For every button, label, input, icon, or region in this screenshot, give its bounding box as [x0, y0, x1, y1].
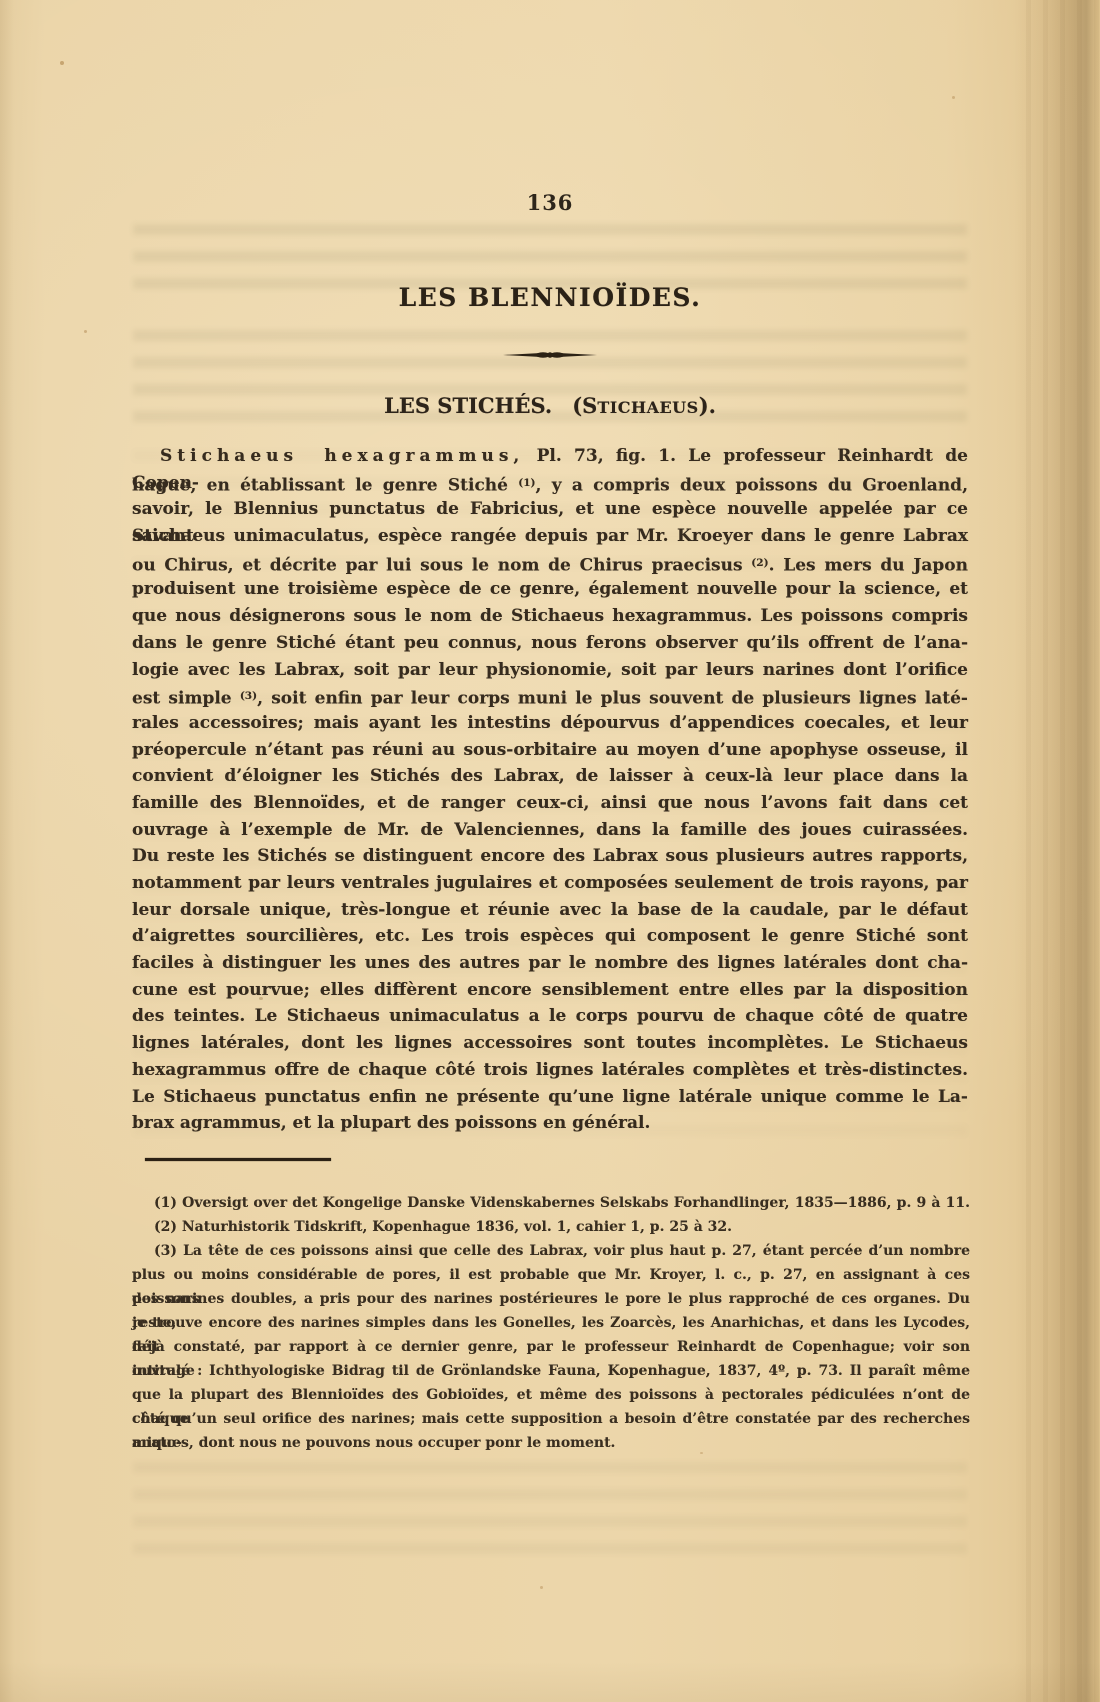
paper-speck	[60, 61, 64, 65]
body-line: ou Chirus, et décrite par lui sous le no…	[132, 550, 968, 577]
text-segment: faciles à distinguer les unes des autres…	[132, 953, 968, 973]
body-line: hexagrammus offre de chaque côté trois l…	[132, 1057, 968, 1084]
body-line: brax agrammus, et la plupart des poisson…	[132, 1110, 968, 1137]
section-divider	[0, 346, 1100, 365]
body-line: rales accessoires; mais ayant les intest…	[132, 710, 968, 737]
footnote-line: (1) Oversigt over det Kongelige Danske V…	[132, 1191, 970, 1215]
text-segment: préopercule n’étant pas réuni au sous-or…	[132, 740, 968, 760]
text-segment: des teintes. Le Stichaeus unimaculatus a…	[132, 1006, 968, 1026]
page-edge-bottom	[0, 1662, 1100, 1702]
text-segment: est simple	[132, 689, 240, 709]
text-segment: leur dorsale unique, très-longue et réun…	[132, 900, 968, 920]
footnote-line: miques, dont nous ne pouvons nous occupe…	[132, 1431, 970, 1455]
text-segment: logie avec les Labrax, soit par leur phy…	[132, 660, 968, 680]
body-line: lignes latérales, dont les lignes access…	[132, 1030, 968, 1057]
text-segment: ouvrage à l’exemple de Mr. de Valencienn…	[132, 820, 968, 840]
text-segment: d’aigrettes sourcilières, etc. Les trois…	[132, 926, 968, 946]
genus-smallcaps: TICHAEUS	[597, 398, 698, 417]
body-line: cune est pourvue; elles diffèrent encore…	[132, 977, 968, 1004]
text-segment: . Les mers du Japon	[769, 555, 968, 575]
genus-paren-open: (S	[572, 393, 597, 418]
body-line: que nous désignerons sous le nom de Stic…	[132, 603, 968, 630]
paper-speck	[540, 1586, 543, 1589]
footnote-line: intitulé : Ichthyologiske Bidrag til de …	[132, 1359, 970, 1383]
body-line: ouvrage à l’exemple de Mr. de Valencienn…	[132, 817, 968, 844]
text-segment: convient d’éloigner les Stichés des Labr…	[132, 766, 968, 786]
body-line: hague, en établissant le genre Stiché (1…	[132, 470, 968, 497]
text-segment: miques, dont nous ne pouvons nous occupe…	[132, 1435, 615, 1451]
text-segment: Stichaeus unimaculatus, espèce rangée de…	[132, 526, 968, 546]
text-segment: , y a compris deux poissons du Groenland…	[536, 475, 968, 495]
text-segment: notamment par leurs ventrales jugulaires…	[132, 873, 968, 893]
page-edge-left	[0, 0, 14, 1702]
body-line: des teintes. Le Stichaeus unimaculatus a…	[132, 1003, 968, 1030]
text-segment: cune est pourvue; elles diffèrent encore…	[132, 980, 968, 1000]
body-line: Du reste les Stichés se distinguent enco…	[132, 843, 968, 870]
body-line: produisent une troisième espèce de ce ge…	[132, 576, 968, 603]
footnote-line: déjà constaté, par rapport à ce dernier …	[132, 1335, 970, 1359]
footnote-rule	[145, 1158, 331, 1161]
text-segment: hague, en établissant le genre Stiché	[132, 475, 518, 495]
footnote-line: que la plupart des Blennioïdes des Gobio…	[132, 1383, 970, 1407]
binding-shadow-right	[1014, 0, 1100, 1702]
paper-speck	[259, 997, 263, 1000]
subsection-heading: LES STICHÉS.(STICHAEUS).	[132, 393, 968, 418]
body-line: est simple (3), soit enfin par leur corp…	[132, 683, 968, 710]
bleed-through-bottom	[133, 1462, 967, 1562]
footnote-line: des narines doubles, a pris pour des nar…	[132, 1287, 970, 1311]
body-line: préopercule n’étant pas réuni au sous-or…	[132, 737, 968, 764]
text-segment: lignes latérales, dont les lignes access…	[132, 1033, 968, 1053]
text-segment: rales accessoires; mais ayant les intest…	[132, 713, 968, 733]
footnote-reference: (1)	[518, 477, 535, 489]
body-line: famille des Blennoïdes, et de ranger ceu…	[132, 790, 968, 817]
text-segment: , soit enfin par leur corps muni le plus…	[257, 689, 968, 709]
text-segment: (1) Oversigt over det Kongelige Danske V…	[154, 1195, 970, 1211]
footnote-reference: (3)	[240, 690, 257, 702]
body-line: faciles à distinguer les unes des autres…	[132, 950, 968, 977]
text-segment: que nous désignerons sous le nom de Stic…	[132, 606, 968, 626]
body-line: Le Stichaeus punctatus enfin ne présente…	[132, 1084, 968, 1111]
text-segment: (2) Naturhistorik Tidskrift, Kopenhague …	[154, 1219, 732, 1235]
body-line: notamment par leurs ventrales jugulaires…	[132, 870, 968, 897]
swelled-rule-ornament-icon	[502, 349, 598, 361]
body-line: Stichaeus unimaculatus, espèce rangée de…	[132, 523, 968, 550]
text-segment: ou Chirus, et décrite par lui sous le no…	[132, 555, 751, 575]
footnote-reference: (2)	[751, 557, 768, 569]
footnote-line: plus ou moins considérable de pores, il …	[132, 1263, 970, 1287]
footnote-line: côté qu’un seul orifice des narines; mai…	[132, 1407, 970, 1431]
body-line: d’aigrettes sourcilières, etc. Les trois…	[132, 923, 968, 950]
text-segment: hexagrammus offre de chaque côté trois l…	[132, 1060, 968, 1080]
text-segment: intitulé : Ichthyologiske Bidrag til de …	[132, 1363, 970, 1379]
body-line: leur dorsale unique, très-longue et réun…	[132, 897, 968, 924]
paper-speck	[700, 1452, 703, 1454]
text-segment: Stichaeus hexagrammus,	[160, 446, 524, 466]
body-line: logie avec les Labrax, soit par leur phy…	[132, 657, 968, 684]
text-segment: dans le genre Stiché étant peu connus, n…	[132, 633, 968, 653]
body-line: convient d’éloigner les Stichés des Labr…	[132, 763, 968, 790]
body-line: dans le genre Stiché étant peu connus, n…	[132, 630, 968, 657]
paper-speck	[952, 96, 955, 99]
footnotes-block: (1) Oversigt over det Kongelige Danske V…	[132, 1191, 970, 1455]
text-segment: (3) La tête de ces poissons ainsi que ce…	[154, 1243, 970, 1259]
text-segment: Le Stichaeus punctatus enfin ne présente…	[132, 1087, 968, 1107]
text-segment: famille des Blennoïdes, et de ranger ceu…	[132, 793, 968, 813]
genus-paren-close: ).	[699, 393, 716, 418]
footnote-line: (2) Naturhistorik Tidskrift, Kopenhague …	[132, 1215, 970, 1239]
page-number: 136	[132, 190, 968, 215]
footnote-line: je trouve encore des narines simples dan…	[132, 1311, 970, 1335]
footnote-line: (3) La tête de ces poissons ainsi que ce…	[132, 1239, 970, 1263]
body-line: Stichaeus hexagrammus, Pl. 73, fig. 1. L…	[132, 443, 968, 470]
text-segment: Du reste les Stichés se distinguent enco…	[132, 846, 968, 866]
body-paragraph: Stichaeus hexagrammus, Pl. 73, fig. 1. L…	[132, 443, 968, 1137]
section-title: LES BLENNIOÏDES.	[132, 283, 968, 312]
body-line: savoir, le Blennius punctatus de Fabrici…	[132, 496, 968, 523]
subsection-title: LES STICHÉS.	[384, 393, 552, 418]
scanned-book-page: 136 LES BLENNIOÏDES. LES STICHÉS.(STICHA…	[0, 0, 1100, 1702]
text-segment: brax agrammus, et la plupart des poisson…	[132, 1113, 650, 1133]
paper-speck	[84, 330, 87, 333]
text-segment: produisent une troisième espèce de ce ge…	[132, 579, 968, 599]
